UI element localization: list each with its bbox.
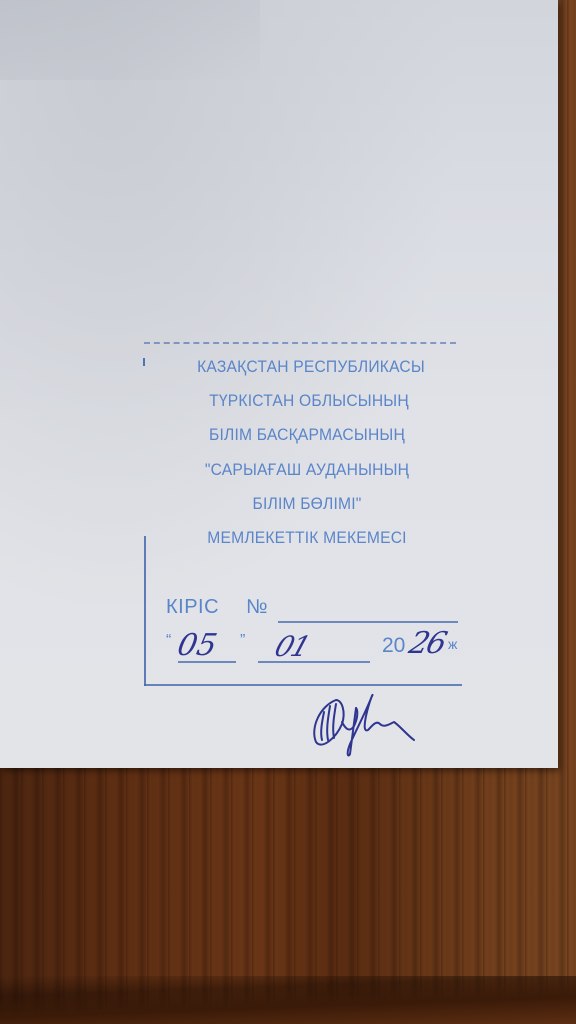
signature [306, 688, 436, 758]
handwritten-year: 26 [405, 626, 449, 661]
handwritten-day: 05 [174, 628, 220, 663]
stamp-line-district: "САРЫАҒАШ АУДАНЫНЫҢ [161, 460, 454, 480]
stamp-tick-mark [143, 358, 145, 366]
year-printed-prefix: 20 [382, 634, 405, 658]
month-field-line [258, 661, 370, 663]
incoming-stamp: КАЗАҚСТАН РЕСПУБЛИКАСЫ ТҮРКІСТАН ОБЛЫСЫН… [144, 340, 462, 686]
stamp-border-top [144, 342, 456, 344]
incoming-label: КІРІС [166, 596, 219, 619]
close-quote: ” [240, 632, 245, 650]
number-sign: № [246, 596, 267, 619]
desk-edge [0, 976, 576, 1024]
paper-sheet: КАЗАҚСТАН РЕСПУБЛИКАСЫ ТҮРКІСТАН ОБЛЫСЫН… [0, 0, 558, 768]
stamp-line-department: БІЛІМ БАСҚАРМАСЫНЫҢ [161, 425, 454, 445]
open-quote: “ [166, 632, 171, 650]
year-suffix: ж [448, 636, 457, 652]
stamp-line-country: КАЗАҚСТАН РЕСПУБЛИКАСЫ [165, 357, 458, 377]
handwritten-month: 01 [271, 630, 313, 663]
stamp-line-region: ТҮРКІСТАН ОБЛЫСЫНЫҢ [163, 391, 456, 411]
stamp-line-education-division: БІЛІМ БӨЛІМІ" [161, 494, 454, 514]
stamp-border-bottom [144, 684, 462, 686]
stamp-line-institution: МЕМЛЕКЕТТІК МЕКЕМЕСІ [161, 528, 454, 548]
number-field-line [278, 621, 458, 623]
paper-shadow [0, 0, 260, 80]
day-field-line [178, 661, 236, 663]
stamp-border-left [144, 536, 146, 686]
